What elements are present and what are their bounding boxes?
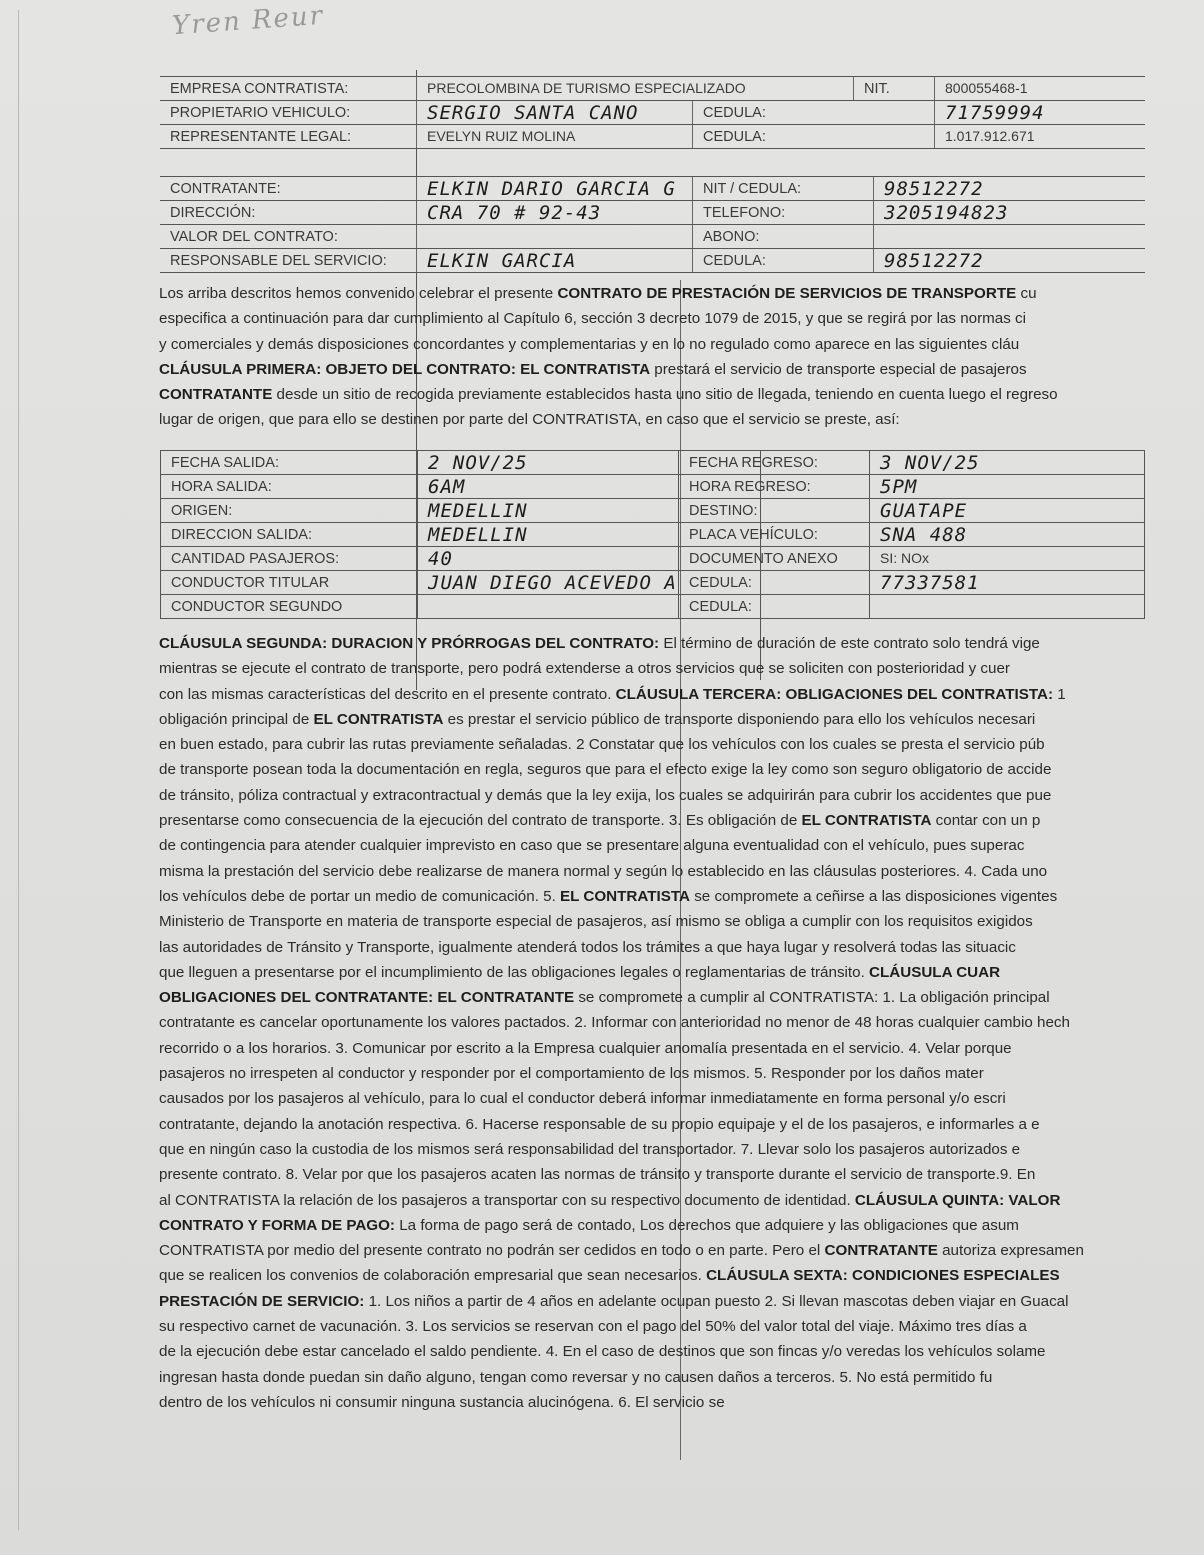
body-text: lugar de origen, que para ello se destin… [159, 411, 900, 428]
body-text: presente contrato. 8. Velar por que los … [159, 1166, 1035, 1183]
field-value: CRA 70 # 92-43 [417, 201, 693, 225]
field-label: HORA REGRESO: [679, 475, 870, 499]
field-value [418, 595, 679, 619]
field-value-text: JUAN DIEGO ACEVEDO A [428, 572, 677, 594]
contract-page: Yren Reur EMPRESA CONTRATISTA: PRECOLOMB… [0, 0, 1204, 1555]
field-label: FECHA REGRESO: [679, 451, 870, 475]
bold-heading-text: CLÁUSULA QUINTA: VALOR [855, 1192, 1061, 1209]
client-address: CRA 70 # 92-43 [427, 202, 601, 224]
field-label: CANTIDAD PASAJEROS: [161, 547, 418, 571]
table-row: CANTIDAD PASAJEROS:40DOCUMENTO ANEXOSI: … [161, 547, 1145, 571]
field-label: PLACA VEHÍCULO: [679, 523, 870, 547]
field-value: 2 NOV/25 [418, 451, 679, 475]
body-text: de la ejecución debe estar cancelado el … [159, 1343, 1046, 1360]
table-row: VALOR DEL CONTRATO: ABONO: [160, 225, 1145, 249]
text-line: pasajeros no irrespeten al conductor y r… [159, 1061, 1149, 1086]
field-label: EMPRESA CONTRATISTA: [160, 77, 417, 101]
table-row: RESPONSABLE DEL SERVICIO: ELKIN GARCIA C… [160, 249, 1145, 273]
text-line: las autoridades de Tránsito y Transporte… [159, 935, 1149, 960]
field-value-text: SNA 488 [880, 524, 967, 546]
field-label: CEDULA: [693, 101, 935, 125]
body-text: 1. Los niños a partir de 4 años en adela… [364, 1293, 1068, 1310]
field-label-text: CONDUCTOR SEGUNDO [171, 599, 342, 615]
body-text: misma la prestación del servicio debe re… [159, 863, 1047, 880]
bold-heading-text: EL CONTRATISTA [560, 888, 690, 905]
body-text: El término de duración de este contrato … [659, 635, 1040, 652]
body-text: de tránsito, póliza contractual y extrac… [159, 787, 1051, 804]
body-text: de transporte posean toda la documentaci… [159, 761, 1051, 778]
field-value-text: GUATAPE [880, 500, 967, 522]
field-label: NIT. [854, 77, 935, 101]
body-text: ingresan hasta donde puedan sin daño alg… [159, 1369, 992, 1386]
body-text: los vehículos debe de portar un medio de… [159, 888, 560, 905]
body-text: y comerciales y demás disposiciones conc… [159, 336, 1019, 353]
body-text: cu [1016, 285, 1036, 302]
company-rows: EMPRESA CONTRATISTA: PRECOLOMBINA DE TUR… [160, 77, 1145, 149]
bold-heading-text: CONTRATO DE PRESTACIÓN DE SERVICIOS DE T… [557, 285, 1016, 302]
field-label-text: CANTIDAD PASAJEROS: [171, 551, 339, 567]
field-value: 1.017.912.671 [935, 125, 1146, 149]
page-edge-line [18, 10, 19, 1530]
legal-rep-name: EVELYN RUIZ MOLINA [427, 128, 575, 144]
text-line: de contingencia para atender cualquier i… [159, 833, 1149, 858]
body-text: con las mismas características del descr… [159, 686, 616, 703]
body-text: su respectivo carnet de vacunación. 3. L… [159, 1318, 1027, 1335]
field-label: VALOR DEL CONTRATO: [160, 225, 417, 249]
body-text: causados por los pasajeros al vehículo, … [159, 1090, 1006, 1107]
text-line: Ministerio de Transporte en materia de t… [159, 909, 1149, 934]
bold-heading-text: OBLIGACIONES DEL CONTRATANTE: EL CONTRAT… [159, 989, 574, 1006]
text-line: ingresan hasta donde puedan sin daño alg… [159, 1365, 1149, 1390]
field-value-text: 2 NOV/25 [428, 452, 528, 474]
field-value-text: 77337581 [880, 572, 980, 594]
body-text: se compromete a ceñirse a las disposicio… [690, 888, 1057, 905]
bold-heading-text: CLÁUSULA PRIMERA: OBJETO DEL CONTRATO: E… [159, 361, 650, 378]
field-value: PRECOLOMBINA DE TURISMO ESPECIALIZADO [417, 77, 854, 101]
body-text: Ministerio de Transporte en materia de t… [159, 913, 1033, 930]
text-line: en buen estado, para cubrir las rutas pr… [159, 732, 1149, 757]
contract-intro-text: Los arriba descritos hemos convenido cel… [159, 281, 1149, 433]
field-label: CEDULA: [679, 571, 870, 595]
field-label: CONTRATANTE: [160, 177, 417, 201]
field-label-text: DIRECCION SALIDA: [171, 527, 312, 543]
trip-details-table: FECHA SALIDA:2 NOV/25FECHA REGRESO:3 NOV… [160, 450, 1145, 619]
table-row: CONTRATANTE: ELKIN DARIO GARCIA G NIT / … [160, 177, 1145, 201]
table-row: FECHA SALIDA:2 NOV/25FECHA REGRESO:3 NOV… [161, 451, 1145, 475]
body-text: La forma de pago será de contado, Los de… [395, 1217, 1019, 1234]
field-label: CEDULA: [679, 595, 870, 619]
body-text: que se realicen los convenios de colabor… [159, 1267, 706, 1284]
body-text: desde un sitio de recogida previamente e… [272, 386, 1057, 403]
text-line: PRESTACIÓN DE SERVICIO: 1. Los niños a p… [159, 1289, 1149, 1314]
bold-heading-text: CONTRATANTE [825, 1242, 938, 1259]
field-label: FECHA SALIDA: [161, 451, 418, 475]
text-line: causados por los pasajeros al vehículo, … [159, 1086, 1149, 1111]
body-text: Los arriba descritos hemos convenido cel… [159, 285, 557, 302]
field-label-text: FECHA SALIDA: [171, 455, 279, 471]
table-row: CONDUCTOR TITULARJUAN DIEGO ACEVEDO ACED… [161, 571, 1145, 595]
text-line: especifica a continuación para dar cumpl… [159, 306, 1149, 331]
client-name: ELKIN DARIO GARCIA G [427, 178, 676, 200]
field-label: PROPIETARIO VEHICULO: [160, 101, 417, 125]
table-row: EMPRESA CONTRATISTA: PRECOLOMBINA DE TUR… [160, 77, 1145, 101]
body-text: contratante es cancelar oportunamente lo… [159, 1014, 1070, 1031]
field-label: RESPONSABLE DEL SERVICIO: [160, 249, 417, 273]
body-text: es prestar el servicio público de transp… [443, 711, 1035, 728]
field-value: 3 NOV/25 [870, 451, 1145, 475]
table-row: CONDUCTOR SEGUNDOCEDULA: [161, 595, 1145, 619]
field-label: ABONO: [693, 225, 874, 249]
table-row: HORA SALIDA:6AMHORA REGRESO:5PM [161, 475, 1145, 499]
field-value: SERGIO SANTA CANO [417, 101, 693, 125]
text-line: CLÁUSULA PRIMERA: OBJETO DEL CONTRATO: E… [159, 357, 1149, 382]
field-label-text: HORA SALIDA: [171, 479, 272, 495]
nit-number: 800055468-1 [945, 80, 1028, 96]
text-line: con las mismas características del descr… [159, 682, 1149, 707]
bold-heading-text: CLÁUSULA SEGUNDA: DURACION Y PRÓRROGAS D… [159, 635, 659, 652]
field-value: GUATAPE [870, 499, 1145, 523]
field-value-text: SI: NOx [880, 550, 929, 566]
field-label: DOCUMENTO ANEXO [679, 547, 870, 571]
field-value: ELKIN GARCIA [417, 249, 693, 273]
nit-value: 800055468-1 [935, 77, 1146, 101]
body-text: recorrido o a los horarios. 3. Comunicar… [159, 1040, 1012, 1057]
field-value-text: 6AM [428, 476, 465, 498]
field-value-text: 40 [428, 548, 453, 570]
text-line: que en ningún caso la custodia de los mi… [159, 1137, 1149, 1162]
field-value: ELKIN DARIO GARCIA G [417, 177, 693, 201]
field-value: 5PM [870, 475, 1145, 499]
text-line: presente contrato. 8. Velar por que los … [159, 1162, 1149, 1187]
trip-rows: FECHA SALIDA:2 NOV/25FECHA REGRESO:3 NOV… [161, 451, 1145, 619]
text-line: de tránsito, póliza contractual y extrac… [159, 783, 1149, 808]
field-label: DESTINO: [679, 499, 870, 523]
field-label: DIRECCION SALIDA: [161, 523, 418, 547]
text-line: dentro de los vehículos ni consumir ning… [159, 1390, 1149, 1415]
field-label-text: DOCUMENTO ANEXO [689, 551, 838, 567]
field-value: MEDELLIN [418, 499, 679, 523]
contract-clauses-text: CLÁUSULA SEGUNDA: DURACION Y PRÓRROGAS D… [159, 631, 1149, 1415]
field-value: 77337581 [870, 571, 1145, 595]
client-rows: CONTRATANTE: ELKIN DARIO GARCIA G NIT / … [160, 177, 1145, 273]
client-id: 98512272 [884, 178, 984, 200]
text-line: presentarse como consecuencia de la ejec… [159, 808, 1149, 833]
client-phone: 3205194823 [884, 202, 1008, 224]
field-value: 6AM [418, 475, 679, 499]
body-text: mientras se ejecute el contrato de trans… [159, 660, 1010, 677]
body-text: que en ningún caso la custodia de los mi… [159, 1141, 1020, 1158]
field-value: 98512272 [874, 177, 1146, 201]
field-value [417, 225, 693, 249]
field-label: DIRECCIÓN: [160, 201, 417, 225]
text-line: de la ejecución debe estar cancelado el … [159, 1339, 1149, 1364]
field-label-text: PLACA VEHÍCULO: [689, 527, 818, 543]
service-responsible-id: 98512272 [884, 250, 984, 272]
bold-heading-text: EL CONTRATISTA [314, 711, 444, 728]
field-label: HORA SALIDA: [161, 475, 418, 499]
bold-heading-text: CLÁUSULA TERCERA: OBLIGACIONES DEL CONTR… [616, 686, 1053, 703]
field-label-text: CEDULA: [689, 575, 752, 591]
body-text: contratante, dejando la anotación respec… [159, 1116, 1040, 1133]
field-value-text: 3 NOV/25 [880, 452, 980, 474]
table-row: DIRECCION SALIDA:MEDELLINPLACA VEHÍCULO:… [161, 523, 1145, 547]
field-label: CEDULA: [693, 249, 874, 273]
text-line: CLÁUSULA SEGUNDA: DURACION Y PRÓRROGAS D… [159, 631, 1149, 656]
body-text: obligación principal de [159, 711, 314, 728]
field-value: EVELYN RUIZ MOLINA [417, 125, 693, 149]
field-label: REPRESENTANTE LEGAL: [160, 125, 417, 149]
body-text: pasajeros no irrespeten al conductor y r… [159, 1065, 984, 1082]
field-label-text: DESTINO: [689, 503, 757, 519]
body-text: en buen estado, para cubrir las rutas pr… [159, 736, 1045, 753]
text-line: misma la prestación del servicio debe re… [159, 859, 1149, 884]
body-text: especifica a continuación para dar cumpl… [159, 310, 1026, 327]
text-line: contratante es cancelar oportunamente lo… [159, 1010, 1149, 1035]
field-value-text: MEDELLIN [428, 524, 528, 546]
field-value-text: MEDELLIN [428, 500, 528, 522]
field-value: 40 [418, 547, 679, 571]
body-text: al CONTRATISTA la relación de los pasaje… [159, 1192, 855, 1209]
body-text: CONTRATISTA por medio del presente contr… [159, 1242, 825, 1259]
table-row: REPRESENTANTE LEGAL: EVELYN RUIZ MOLINA … [160, 125, 1145, 149]
field-value-text: 5PM [880, 476, 917, 498]
text-line: su respectivo carnet de vacunación. 3. L… [159, 1314, 1149, 1339]
body-text: dentro de los vehículos ni consumir ning… [159, 1394, 725, 1411]
text-line: que lleguen a presentarse por el incumpl… [159, 960, 1149, 985]
field-label: CONDUCTOR TITULAR [161, 571, 418, 595]
company-name: PRECOLOMBINA DE TURISMO ESPECIALIZADO [427, 80, 746, 96]
body-text: 1 [1053, 686, 1066, 703]
field-label: CONDUCTOR SEGUNDO [161, 595, 418, 619]
table-row: PROPIETARIO VEHICULO: SERGIO SANTA CANO … [160, 101, 1145, 125]
bold-heading-text: CLÁUSULA CUAR [869, 964, 1000, 981]
field-value [874, 225, 1146, 249]
bold-heading-text: CONTRATO Y FORMA DE PAGO: [159, 1217, 395, 1234]
service-responsible-name: ELKIN GARCIA [427, 250, 576, 272]
field-value: SI: NOx [870, 547, 1145, 571]
field-value: MEDELLIN [418, 523, 679, 547]
body-text: contar con un p [931, 812, 1040, 829]
field-label-text: HORA REGRESO: [689, 479, 811, 495]
text-line: y comerciales y demás disposiciones conc… [159, 332, 1149, 357]
client-info-table: CONTRATANTE: ELKIN DARIO GARCIA G NIT / … [160, 176, 1145, 273]
body-text: se compromete a cumplir al CONTRATISTA: … [574, 989, 1050, 1006]
body-text: que lleguen a presentarse por el incumpl… [159, 964, 869, 981]
text-line: recorrido o a los horarios. 3. Comunicar… [159, 1036, 1149, 1061]
field-label-text: CONDUCTOR TITULAR [171, 575, 329, 591]
text-line: al CONTRATISTA la relación de los pasaje… [159, 1188, 1149, 1213]
body-text: autoriza expresamen [938, 1242, 1084, 1259]
table-row: DIRECCIÓN: CRA 70 # 92-43 TELEFONO: 3205… [160, 201, 1145, 225]
field-value: 3205194823 [874, 201, 1146, 225]
table-row: ORIGEN:MEDELLINDESTINO:GUATAPE [161, 499, 1145, 523]
bold-heading-text: PRESTACIÓN DE SERVICIO: [159, 1293, 364, 1310]
field-label-text: ORIGEN: [171, 503, 232, 519]
owner-id: 71759994 [945, 102, 1045, 124]
legal-rep-id: 1.017.912.671 [945, 128, 1035, 144]
company-info-table: EMPRESA CONTRATISTA: PRECOLOMBINA DE TUR… [160, 76, 1145, 149]
field-value: SNA 488 [870, 523, 1145, 547]
field-label: NIT / CEDULA: [693, 177, 874, 201]
bold-heading-text: CLÁUSULA SEXTA: CONDICIONES ESPECIALES [706, 1267, 1060, 1284]
text-line: CONTRATISTA por medio del presente contr… [159, 1238, 1149, 1263]
owner-name: SERGIO SANTA CANO [427, 102, 638, 124]
body-text: de contingencia para atender cualquier i… [159, 837, 1024, 854]
text-line: de transporte posean toda la documentaci… [159, 757, 1149, 782]
text-line: obligación principal de EL CONTRATISTA e… [159, 707, 1149, 732]
text-line: CONTRATO Y FORMA DE PAGO: La forma de pa… [159, 1213, 1149, 1238]
field-label: CEDULA: [693, 125, 935, 149]
field-label-text: CEDULA: [689, 599, 752, 615]
field-label-text: FECHA REGRESO: [689, 455, 818, 471]
bold-heading-text: CONTRATANTE [159, 386, 272, 403]
field-value: 71759994 [935, 101, 1146, 125]
body-text: las autoridades de Tránsito y Transporte… [159, 939, 1016, 956]
field-label: ORIGEN: [161, 499, 418, 523]
body-text: prestará el servicio de transporte espec… [650, 361, 1027, 378]
bold-heading-text: EL CONTRATISTA [802, 812, 932, 829]
text-line: Los arriba descritos hemos convenido cel… [159, 281, 1149, 306]
field-value: JUAN DIEGO ACEVEDO A [418, 571, 679, 595]
text-line: contratante, dejando la anotación respec… [159, 1112, 1149, 1137]
text-line: que se realicen los convenios de colabor… [159, 1263, 1149, 1288]
text-line: los vehículos debe de portar un medio de… [159, 884, 1149, 909]
text-line: OBLIGACIONES DEL CONTRATANTE: EL CONTRAT… [159, 985, 1149, 1010]
body-text: presentarse como consecuencia de la ejec… [159, 812, 802, 829]
text-line: mientras se ejecute el contrato de trans… [159, 656, 1149, 681]
field-value [870, 595, 1145, 619]
text-line: CONTRATANTE desde un sitio de recogida p… [159, 382, 1149, 407]
header-signature-scribble: Yren Reur [171, 1, 325, 42]
text-line: lugar de origen, que para ello se destin… [159, 407, 1149, 432]
field-label: TELEFONO: [693, 201, 874, 225]
field-value: 98512272 [874, 249, 1146, 273]
